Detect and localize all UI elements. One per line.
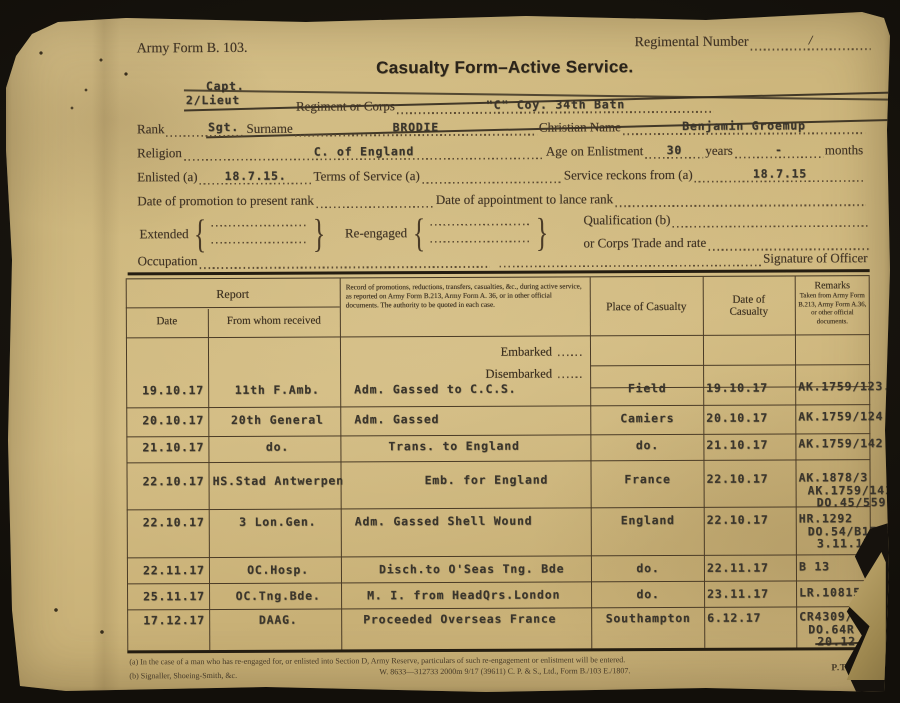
place-of-casualty: Field xyxy=(592,381,702,395)
dotted-line: C. of England xyxy=(184,147,544,162)
record-entry: Adm. Gassed xyxy=(354,412,439,426)
place-of-casualty: do. xyxy=(593,561,703,575)
place-header: Place of Casualty xyxy=(590,301,703,313)
signature-label: Signature of Officer xyxy=(761,250,870,266)
occupation-label: Occupation xyxy=(136,253,200,269)
regimental-number-label: Regimental Number xyxy=(633,35,751,52)
remarks-cell: AK.1759/123. xyxy=(798,380,878,393)
promotion-label: Date of promotion to present rank xyxy=(135,193,316,210)
table-row: 21.10.17 do. Trans. to England do. 21.10… xyxy=(126,437,870,454)
from-whom: 3 Lon.Gen. xyxy=(213,514,343,529)
lance-label: Date of appointment to lance rank xyxy=(434,191,615,208)
from-whom: HS.Stad Antwerpen xyxy=(213,473,343,488)
remark-line: AK.1759/142 xyxy=(798,437,878,450)
footnote-a: (a) In the case of a man who has re-enga… xyxy=(129,654,861,666)
brace-close: } xyxy=(313,213,326,255)
from-whom: 11th F.Amb. xyxy=(212,382,342,397)
from-whom: OC.Tng.Bde. xyxy=(213,588,343,603)
dotted-line xyxy=(500,254,761,268)
casualty-date: 21.10.17 xyxy=(706,438,768,452)
corps-trade-line: or Corps Trade and rate xyxy=(581,234,869,251)
dotted-line: 18.7.15. xyxy=(200,172,312,185)
casualty-date: 22.10.17 xyxy=(707,513,769,527)
service-reckons-label: Service reckons from (a) xyxy=(562,167,695,184)
casualty-date: 22.10.17 xyxy=(707,472,769,486)
remark-line: DO.45/5595. xyxy=(817,496,879,509)
qualification-line: Qualification (b) xyxy=(581,211,869,228)
christian-name-label: Christian Name xyxy=(537,119,623,135)
casualty-date: 20.10.17 xyxy=(706,411,768,425)
extended-lines xyxy=(210,224,310,243)
brace-open: { xyxy=(412,212,425,254)
surname-value: BRODIE xyxy=(393,120,439,134)
report-date: 19.10.17 xyxy=(142,383,204,397)
years-label: years xyxy=(703,143,735,159)
regiment-value: "C" Coy. 34th Batn xyxy=(486,97,625,112)
heavy-rule xyxy=(128,269,870,275)
table-row: 19.10.17 11th F.Amb. Adm. Gassed to C.C.… xyxy=(126,380,870,397)
disembarked-label: Disembarked xyxy=(340,367,552,383)
casualty-date-header-1: Date of xyxy=(703,293,795,305)
dotted-line xyxy=(615,193,865,207)
service-reckons-value: 18.7.15 xyxy=(753,166,807,180)
remark-line: HR.1292 xyxy=(799,512,879,525)
from-whom: DAAG. xyxy=(213,612,343,627)
regiment-line: Regiment or Corps "C" Coy. 34th Batn xyxy=(294,97,714,115)
table-row: 22.11.17 OC.Hosp. Disch.to O'Seas Tng. B… xyxy=(127,560,871,577)
casualty-date: 6.12.17 xyxy=(707,611,761,625)
record-entry: Emb. for England xyxy=(425,473,549,488)
place-of-casualty: do. xyxy=(592,438,702,452)
occupation-line: Occupation Signature of Officer xyxy=(136,250,870,269)
table-row: 20.10.17 20th General Adm. Gassed Camier… xyxy=(126,410,870,427)
place-of-casualty: France xyxy=(593,472,703,486)
table-row: 25.11.17 OC.Tng.Bde. M. I. from HeadQrs.… xyxy=(127,586,871,603)
regiment-label: Regiment or Corps xyxy=(294,98,397,114)
remarks-cell: AK.1878/3 AK.1759/141. DO.45/5595. xyxy=(799,471,879,509)
remarks-cell: AK.1759/124. xyxy=(798,410,878,423)
report-date: 22.11.17 xyxy=(143,563,205,577)
dotted-line: 18.7.15 xyxy=(695,169,866,183)
dotted-line xyxy=(708,237,869,251)
from-whom: OC.Hosp. xyxy=(213,562,343,577)
dotted-line xyxy=(430,240,530,242)
christian-name-value: Benjamin Groemup xyxy=(682,118,806,133)
place-of-casualty: England xyxy=(593,513,703,527)
paper-sheet: Army Form B. 103. Regimental Number / Ca… xyxy=(6,10,890,692)
dotted-line xyxy=(422,171,562,185)
dotted-line xyxy=(558,346,582,356)
remark-line: AK.1759/123. xyxy=(798,380,878,393)
regimental-number-mark: / xyxy=(807,32,815,48)
form-number: Army Form B. 103. xyxy=(135,41,250,58)
dotted-line: 30 xyxy=(645,146,703,159)
dotted-line: BRODIE xyxy=(295,123,537,137)
casualty-table: Report Date From whom received Record of… xyxy=(126,275,872,653)
dotted-line: Benjamin Groemup xyxy=(623,121,865,135)
age-months-value: - xyxy=(775,143,783,157)
record-entry: Adm. Gassed Shell Wound xyxy=(355,514,533,529)
date-header: Date xyxy=(126,315,208,327)
form-content: Army Form B. 103. Regimental Number / Ca… xyxy=(5,8,892,694)
record-entry: Disch.to O'Seas Tng. Bde xyxy=(379,561,564,576)
religion-value: C. of England xyxy=(314,144,414,158)
from-whom: do. xyxy=(212,439,342,454)
casualty-date: 23.11.17 xyxy=(707,587,769,601)
table-row: 17.12.17 DAAG. Proceeded Overseas France… xyxy=(127,610,871,627)
report-date: 22.10.17 xyxy=(143,515,205,529)
months-label: months xyxy=(823,142,865,158)
place-of-casualty: do. xyxy=(593,587,703,601)
table-row: 22.10.17 HS.Stad Antwerpen Emb. for Engl… xyxy=(127,471,871,488)
casualty-date: 22.11.17 xyxy=(707,561,769,575)
name-line: Rank Surname BRODIE Christian Name Benja… xyxy=(135,118,865,137)
dotted-line: / xyxy=(751,37,871,51)
dotted-line xyxy=(212,241,308,243)
dotted-line xyxy=(430,223,530,225)
dotted-line: - xyxy=(735,145,823,158)
brace-close: } xyxy=(536,212,549,254)
record-entry: Adm. Gassed to C.C.S. xyxy=(354,382,516,397)
casualty-date: 19.10.17 xyxy=(706,381,768,395)
printer-imprint: W. 8633—312733 2000m 9/17 (39611) C. P. … xyxy=(379,666,630,676)
surname-label: Surname xyxy=(244,121,294,137)
report-date: 20.10.17 xyxy=(142,413,204,427)
extended-block: Extended { } Re-engaged { } xyxy=(137,210,551,258)
record-entry: Proceeded Overseas France xyxy=(363,612,556,627)
place-of-casualty: Southampton xyxy=(593,611,703,625)
reengaged-lines xyxy=(428,223,532,242)
page-title: Casualty Form–Active Service. xyxy=(135,56,875,79)
enlisted-label: Enlisted (a) xyxy=(135,169,199,185)
dotted-line xyxy=(166,124,244,137)
place-of-casualty: Camiers xyxy=(592,411,702,425)
age-years-value: 30 xyxy=(667,143,683,157)
religion-line: Religion C. of England Age on Enlistment… xyxy=(135,142,865,161)
corps-trade-label: or Corps Trade and rate xyxy=(581,235,708,252)
report-date: 17.12.17 xyxy=(143,613,205,627)
brace-open: { xyxy=(194,213,207,255)
remark-line: AK.1878/3 xyxy=(799,471,879,484)
record-entry: Trans. to England xyxy=(388,439,519,454)
record-entry: M. I. from HeadQrs.London xyxy=(367,588,560,603)
casualty-form-scan: Army Form B. 103. Regimental Number / Ca… xyxy=(0,0,900,703)
extended-label: Extended xyxy=(137,226,190,242)
remarks-cell: AK.1759/142 xyxy=(798,437,878,450)
report-date: 25.11.17 xyxy=(143,589,205,603)
record-header: Record of promotions, reductions, transf… xyxy=(346,282,584,310)
enlisted-line: Enlisted (a) 18.7.15. Terms of Service (… xyxy=(135,166,865,185)
from-header: From whom received xyxy=(208,314,340,327)
remarks-header: Remarks xyxy=(795,280,870,291)
remarks-subheader: Taken from Army Form B.213, Army Form A.… xyxy=(797,292,868,326)
qualification-label: Qualification (b) xyxy=(581,212,672,228)
dotted-line xyxy=(558,368,582,378)
remark-line: AK.1759/124. xyxy=(798,410,878,423)
religion-label: Religion xyxy=(135,145,184,161)
rank-label: Rank xyxy=(135,121,167,137)
report-header: Report xyxy=(126,286,340,302)
dotted-line xyxy=(200,255,490,269)
age-label: Age on Enlistment xyxy=(544,143,646,159)
report-date: 21.10.17 xyxy=(142,440,204,454)
embarked-label: Embarked xyxy=(340,345,552,361)
table-row: 22.10.17 3 Lon.Gen. Adm. Gassed Shell Wo… xyxy=(127,512,871,529)
dotted-line xyxy=(316,195,434,209)
dotted-line xyxy=(212,224,308,226)
enlisted-value: 18.7.15. xyxy=(225,169,287,183)
from-whom: 20th General xyxy=(212,412,342,427)
reengaged-label: Re-engaged xyxy=(343,225,409,241)
footnote-b: (b) Signaller, Shoeing-Smith, &c. xyxy=(129,671,237,680)
terms-label: Terms of Service (a) xyxy=(311,168,421,184)
promotion-line: Date of promotion to present rank Date o… xyxy=(135,190,865,209)
dotted-line: "C" Coy. 34th Batn xyxy=(397,100,714,114)
report-date: 22.10.17 xyxy=(143,474,205,488)
regimental-number-line: Regimental Number / xyxy=(633,34,871,51)
dotted-line xyxy=(672,214,869,228)
casualty-date-header-2: Casualty xyxy=(703,305,795,317)
